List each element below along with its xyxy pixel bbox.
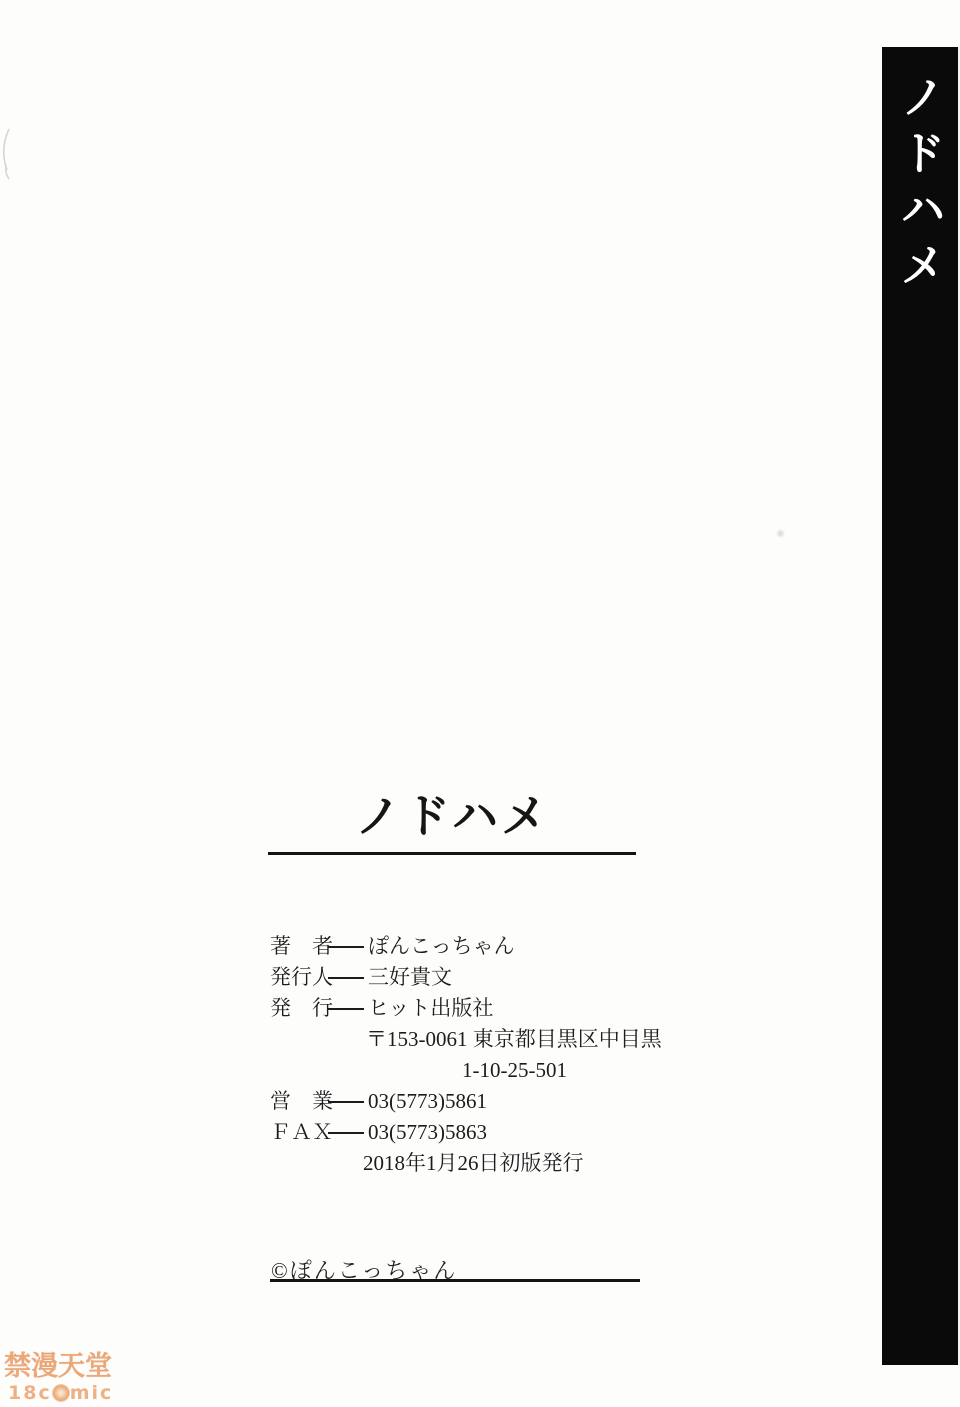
postal-address-line: 〒153-0061 東京都目黒区中目黒 (366, 1024, 690, 1055)
publisher-label: 発 行 (270, 993, 328, 1024)
spine-title-vertical: ノドハメ (882, 73, 958, 297)
scratch-artifact (0, 126, 16, 182)
watermark-logo: 18cmic (8, 1383, 113, 1403)
scanned-colophon-page: ノドハメ ノドハメ 著 者ぽんこっちゃん 発行人三好貴文 発 行ヒット出版社 〒… (0, 0, 960, 1407)
sun-icon (53, 1385, 69, 1401)
book-title: ノドハメ (268, 788, 637, 844)
sales-row: 営 業03(5773)5861 (270, 1086, 690, 1117)
author-value: ぽんこっちゃん (368, 934, 515, 958)
author-row: 著 者ぽんこっちゃん (270, 931, 690, 962)
book-spine: ノドハメ (882, 47, 958, 1365)
leader-dash (328, 977, 364, 979)
edition-date-line: 2018年1月26日初版発行 (363, 1148, 690, 1179)
publisher-value: ヒット出版社 (368, 996, 493, 1020)
fax-row: ＦＡＸ03(5773)5863 (270, 1117, 690, 1148)
watermark-logo-suffix: mic (70, 1383, 114, 1403)
fax-label: ＦＡＸ (270, 1117, 328, 1148)
leader-dash (328, 1101, 364, 1103)
address-detail-line: 1-10-25-501 (462, 1055, 690, 1086)
publisher-row: 発 行ヒット出版社 (270, 993, 690, 1024)
watermark-logo-prefix: 18c (8, 1383, 52, 1403)
copyright-underline (270, 1279, 640, 1282)
author-label: 著 者 (270, 931, 328, 962)
fax-phone: 03(5773)5863 (368, 1120, 487, 1144)
watermark: 禁漫天堂 18cmic (4, 1351, 113, 1403)
issuer-value: 三好貴文 (368, 965, 452, 989)
issuer-label: 発行人 (270, 962, 328, 993)
speck-artifact (776, 529, 785, 538)
title-underline (268, 852, 636, 855)
title-block: ノドハメ (268, 788, 637, 844)
sales-label: 営 業 (270, 1086, 328, 1117)
leader-dash (328, 946, 364, 948)
issuer-row: 発行人三好貴文 (270, 962, 690, 993)
sales-phone: 03(5773)5861 (368, 1089, 487, 1113)
colophon-block: 著 者ぽんこっちゃん 発行人三好貴文 発 行ヒット出版社 〒153-0061 東… (270, 931, 690, 1179)
leader-dash (328, 1008, 364, 1010)
watermark-site-name: 禁漫天堂 (4, 1351, 113, 1383)
leader-dash (328, 1132, 364, 1134)
